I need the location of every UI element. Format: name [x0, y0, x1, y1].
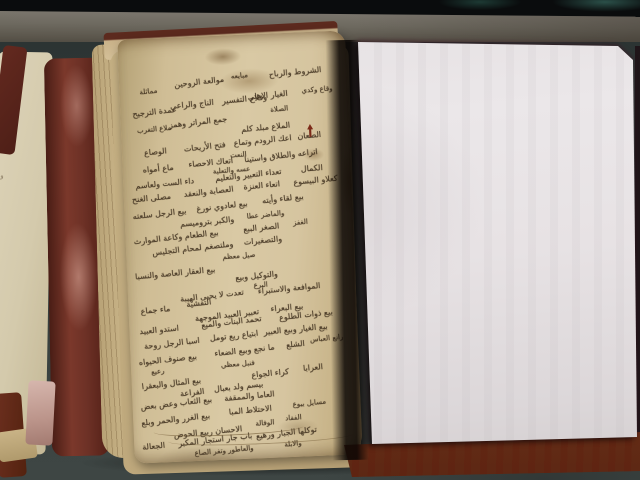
blank-white-sheet [0, 0, 640, 480]
photo-of-manuscript: ولو الشروط والرباحموالعة الروحينمبايعهمم… [0, 0, 640, 480]
white-paper-wrapper [0, 0, 640, 480]
